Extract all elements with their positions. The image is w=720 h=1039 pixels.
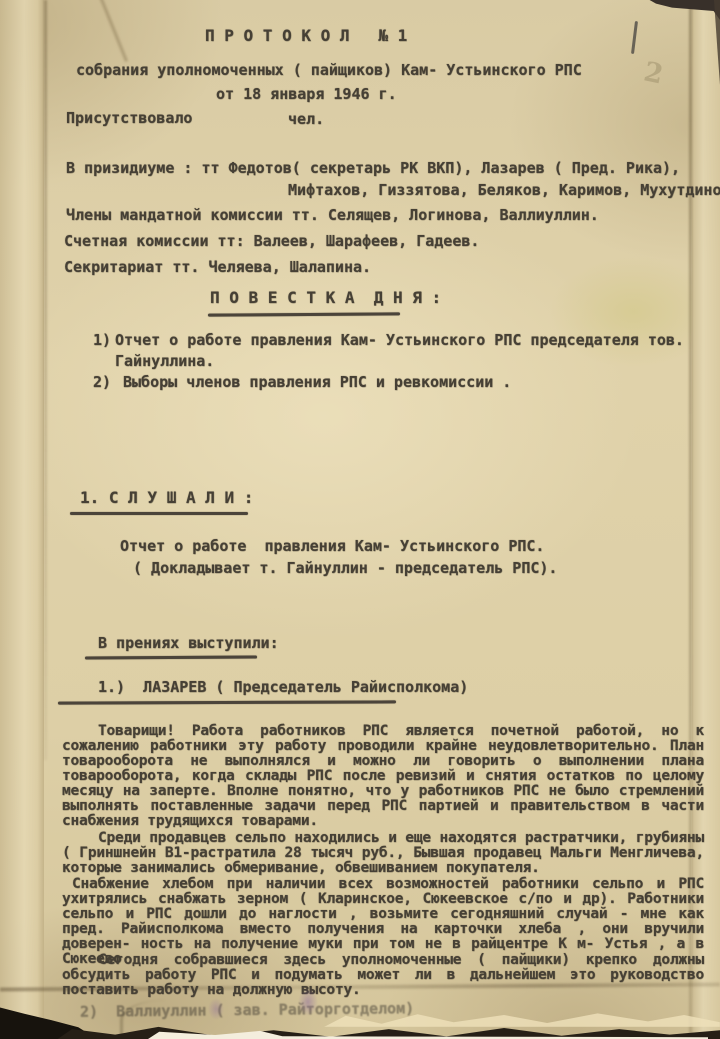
speaker-1-line: 1.) ЛАЗАРЕВ ( Председатель Райисполкома)	[98, 677, 468, 698]
scanned-protocol-page: 2 П Р О Т О К О Л № 1 собрания уполномоч…	[0, 0, 720, 1039]
heard-reporter-line: ( Докладывает т. Гайнуллин - председател…	[133, 558, 557, 579]
heard-heading: 1. С Л У Ш А Л И :	[80, 488, 253, 508]
secretariat-line: Секритариат тт. Челяева, Шалапина.	[64, 257, 371, 278]
agenda-heading-underline	[208, 312, 400, 316]
document-title: П Р О Т О К О Л № 1	[205, 26, 407, 46]
counting-commission-line: Счетная комиссии тт: Валеев, Шарафеев, Г…	[64, 231, 479, 252]
document-subtitle: собрания уполномоченных ( пайщиков) Кам-…	[76, 60, 582, 81]
attendance-label: Присутствовало	[66, 108, 192, 129]
agenda-item-1-text: Отчет о работе правления Кам- Устьинског…	[115, 330, 697, 372]
presidium-line-1: В призидиуме : тт Федотов( секретарь РК …	[66, 158, 680, 179]
speech-paragraph-1: Товарищи! Работа работников РПС является…	[62, 724, 704, 829]
page-left-edge	[0, 0, 44, 1039]
handwritten-page-number	[631, 21, 638, 54]
agenda-item-2-number: 2)	[93, 372, 111, 393]
heard-report-line: Отчет о работе правления Кам- Устьинског…	[120, 536, 544, 557]
agenda-item-1-number: 1)	[93, 330, 111, 351]
mandate-commission-line: Члены мандатной комиссии тт. Селящев, Ло…	[66, 205, 599, 226]
speaker-2-line: 2) Валлиуллин ( зав. Райторготделом)	[80, 998, 414, 1022]
handwritten-margin-mark: 2	[641, 56, 666, 90]
ink-smudge	[298, 988, 318, 1016]
agenda-heading: П О В Е С Т К А Д Н Я :	[210, 288, 441, 308]
attendance-value: чел.	[288, 109, 324, 130]
speaker-1-underline	[58, 700, 396, 704]
heard-heading-underline	[70, 512, 248, 515]
debates-heading-underline	[85, 656, 257, 660]
speech-paragraph-4: Сегодня собравшиеся здесь уполномоченные…	[62, 953, 704, 998]
speech-paragraph-2: Среди продавцев сельпо находились и еще …	[62, 831, 704, 876]
ink-smudge	[208, 998, 224, 1020]
document-date: от 18 января 1946 г.	[216, 84, 397, 105]
presidium-line-2: Мифтахов, Гиззятова, Беляков, Каримов, М…	[288, 180, 720, 201]
top-left-crease	[99, 0, 128, 62]
agenda-item-2-text: Выборы членов правления РПС и ревкомисси…	[123, 372, 511, 393]
debates-heading: В прениях выступили:	[98, 633, 279, 654]
left-fold-crease	[44, 0, 47, 760]
